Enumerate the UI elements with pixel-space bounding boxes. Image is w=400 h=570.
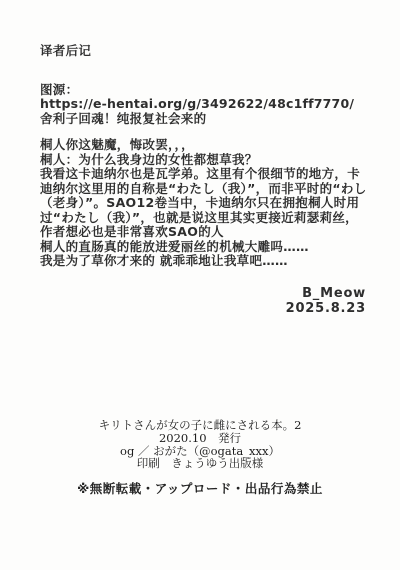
afterword-line: 桐人的直肠真的能放进爱丽丝的机械大雕吗……: [40, 240, 372, 255]
afterword-line: 迪纳尔这里用的自称是“わたし（我）”，而非平时的“わし: [40, 182, 372, 197]
publish-date: 2020.10 発行: [0, 432, 400, 445]
translator-signature: B_Meow: [40, 286, 366, 301]
source-block: 图源： https://e-hentai.org/g/3492622/48c1f…: [40, 83, 372, 127]
afterword-line: 过“わたし（我）”，也就是说这里其实更接近莉瑟莉丝，: [40, 211, 372, 226]
afterword-line: 桐人：为什么我身边的女性都想草我？: [40, 153, 372, 168]
printer-credit: 印刷 きょうゆう出版様: [0, 457, 400, 470]
afterword-line: 作者想必也是非常喜欢SAO的人: [40, 225, 372, 240]
source-url: https://e-hentai.org/g/3492622/48c1ff777…: [40, 97, 372, 112]
afterword-line: 我是为了草你才来的 就乖乖地让我草吧……: [40, 254, 372, 269]
afterword-section: 译者后记 图源： https://e-hentai.org/g/3492622/…: [40, 44, 372, 316]
source-label: 图源：: [40, 83, 372, 98]
afterword-title: 译者后记: [40, 44, 372, 59]
afterword-body: 桐人你这魅魔，悔改罢，，， 桐人：为什么我身边的女性都想草我？ 我看这卡迪纳尔也…: [40, 138, 372, 269]
signature-date: 2025.8.23: [40, 301, 366, 316]
signature-block: B_Meow 2025.8.23: [40, 286, 372, 316]
colophon-section: キリトさんが女の子に雌にされる本。2 2020.10 発行 og ／ おがた（@…: [0, 419, 400, 496]
scanned-afterword-page: 译者后记 图源： https://e-hentai.org/g/3492622/…: [0, 0, 400, 570]
book-title: キリトさんが女の子に雌にされる本。2: [0, 419, 400, 432]
afterword-line: 我看这卡迪纳尔也是瓦学弟。这里有个很细节的地方，卡: [40, 167, 372, 182]
reproduction-notice: ※無断転載・アップロード・出品行為禁止: [0, 483, 400, 496]
afterword-line: 桐人你这魅魔，悔改罢，，，: [40, 138, 372, 153]
source-note: 舍利子回魂！纯报复社会来的: [40, 112, 372, 127]
afterword-line: （老身）”。SAO12卷当中，卡迪纳尔只在拥抱桐人时用: [40, 196, 372, 211]
